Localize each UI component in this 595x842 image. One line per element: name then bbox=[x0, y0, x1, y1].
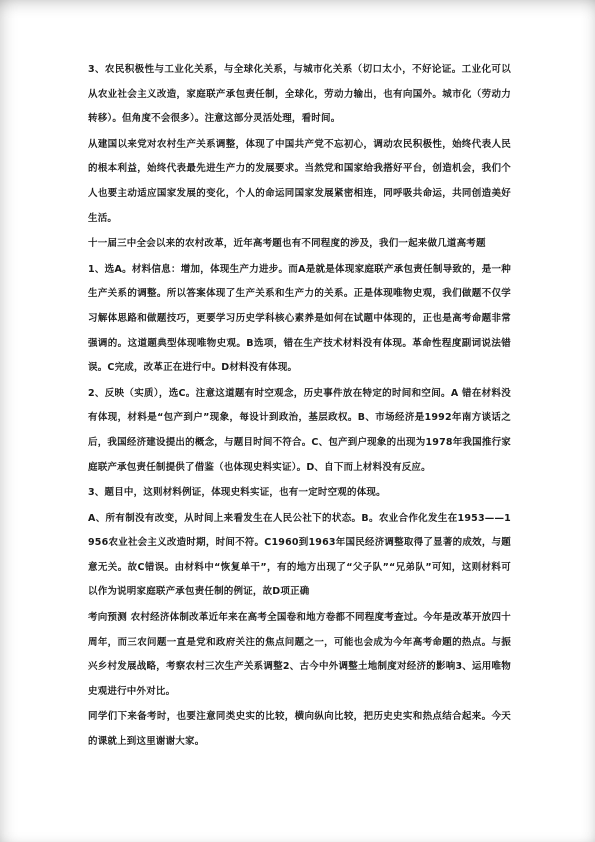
paragraph-answer-question2: 2、反映（实质），选C。注意这道题有时空观念，历史事件放在特定的时间和空间。A … bbox=[88, 382, 511, 480]
paragraph-option-analysis: A、所有制没有改变，从时间上来看发生在人民公社下的状态。B。农业合作化发生在19… bbox=[88, 507, 511, 605]
paragraph-answer-question3: 3、题目中，这则材料例证，体现史料实证，也有一定时空观的体现。 bbox=[88, 481, 511, 506]
paragraph-intro-exam-questions: 十一届三中全会以来的农村改革，近年高考题也有不同程度的涉及，我们一起来做几道高考… bbox=[88, 232, 511, 257]
paragraph-closing-remarks: 同学们下来备考时，也要注意同类史实的比较，横向纵向比较，把历史史实和热点结合起来… bbox=[88, 705, 511, 754]
document-page: 3、农民积极性与工业化关系，与全球化关系，与城市化关系（切口太小，不好论证。工业… bbox=[0, 0, 595, 842]
document-text-block: 3、农民积极性与工业化关系，与全球化关系，与城市化关系（切口太小，不好论证。工业… bbox=[88, 58, 511, 756]
paragraph-exam-trend-prediction: 考向预测 农村经济体制改革近年来在高考全国卷和地方卷都不同程度考查过。今年是改革… bbox=[88, 606, 511, 704]
paragraph-answer-question1: 1、选A。材料信息：增加，体现生产力进步。而A是就是体现家庭联产承包责任制导致的… bbox=[88, 258, 511, 381]
paragraph-summary-party-adjustment: 从建国以来党对农村生产关系调整，体现了中国共产党不忘初心，调动农民积极性，始终代… bbox=[88, 133, 511, 231]
paragraph-notes-point3: 3、农民积极性与工业化关系，与全球化关系，与城市化关系（切口太小，不好论证。工业… bbox=[88, 58, 511, 132]
